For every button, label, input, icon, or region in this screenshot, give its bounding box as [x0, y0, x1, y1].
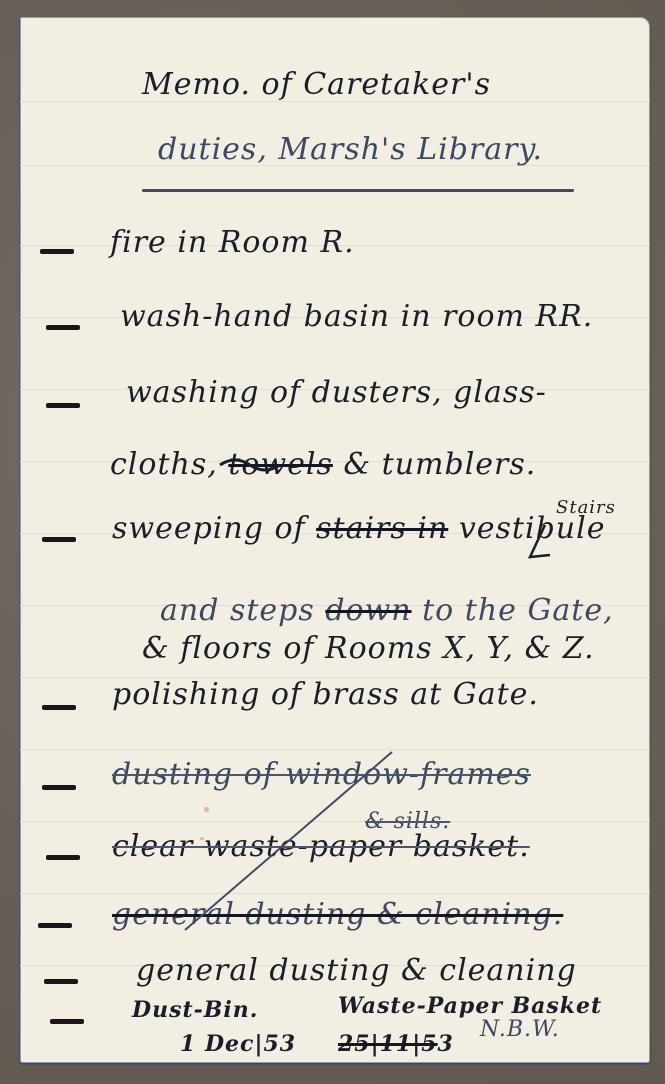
bullet-dash: [46, 403, 80, 408]
bullet-dash: [44, 979, 78, 984]
item-text: vestibule: [459, 511, 606, 546]
duty-item: general dusting & cleaning: [136, 953, 577, 988]
ink-stain: [204, 807, 209, 812]
struck-date: 25|11|5: [338, 1031, 438, 1057]
item-text: & tumblers.: [343, 447, 536, 482]
ruled-line: [20, 893, 650, 894]
duty-item: wash-hand basin in room RR.: [120, 299, 593, 334]
duty-item: washing of dusters, glass-: [126, 375, 547, 410]
waste-basket-date: 25|11|53: [338, 1031, 454, 1057]
bullet-dash: [42, 785, 76, 790]
ink-stain: [200, 837, 204, 840]
bullet-dash: [42, 705, 76, 710]
title-underline: [142, 189, 574, 192]
duty-item: sweeping of stairs in vestibule: [112, 511, 605, 546]
duty-item-continuation: cloths, towels & tumblers.: [110, 447, 536, 482]
struck-word: towels: [228, 447, 333, 482]
ruled-line: [20, 749, 650, 750]
dust-bin-label: Dust-Bin.: [132, 997, 258, 1023]
duty-item: polishing of brass at Gate.: [112, 677, 539, 712]
duty-item-continuation: and steps down to the Gate,: [160, 593, 614, 628]
bullet-dash: [38, 923, 72, 928]
initials: N.B.W.: [480, 1017, 560, 1042]
memo-title-line-2: duties, Marsh's Library.: [158, 132, 543, 167]
bullet-dash: [42, 537, 76, 542]
struck-duty-item: general dusting & cleaning.: [112, 897, 563, 932]
memo-card: Memo. of Caretaker's duties, Marsh's Lib…: [20, 17, 650, 1063]
item-text: cloths,: [110, 447, 218, 482]
ruled-line: [20, 821, 650, 822]
struck-word: down: [325, 593, 411, 628]
struck-duty-item: dusting of window-frames: [112, 757, 531, 792]
item-text: and steps: [160, 593, 315, 628]
duty-item: fire in Room R.: [110, 225, 355, 260]
bullet-dash: [50, 1019, 84, 1024]
item-text: to the Gate,: [422, 593, 614, 628]
dust-bin-date: 1 Dec|53: [180, 1031, 296, 1057]
item-text: sweeping of: [112, 511, 306, 546]
waste-basket-label: Waste-Paper Basket: [338, 993, 602, 1019]
bullet-dash: [40, 249, 74, 254]
date-suffix: 3: [438, 1031, 454, 1057]
memo-title-line-1: Memo. of Caretaker's: [142, 67, 491, 102]
struck-word: stairs in: [316, 511, 448, 546]
bullet-dash: [46, 855, 80, 860]
duty-item-continuation: & floors of Rooms X, Y, & Z.: [142, 631, 595, 666]
struck-duty-item: clear waste-paper basket.: [112, 829, 530, 864]
bullet-dash: [46, 325, 80, 330]
